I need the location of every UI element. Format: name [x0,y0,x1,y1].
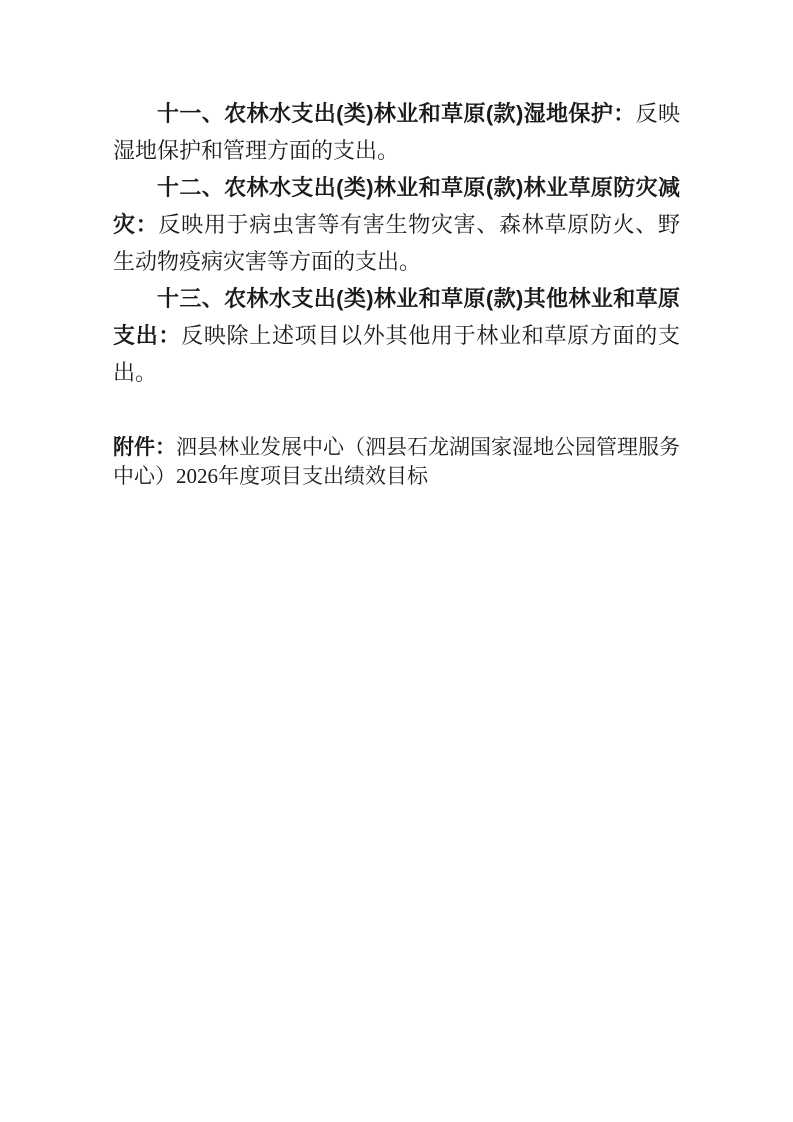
paragraph-item-12: 十二、农林水支出(类)林业和草原(款)林业草原防灾减灾：反映用于病虫害等有害生物… [113,169,680,280]
paragraph-11-bold-label: 十一、农林水支出(类)林业和草原(款)湿地保护： [157,101,636,126]
paragraph-13-body-text: 反映除上述项目以外其他用于林业和草原方面的支出。 [113,323,680,385]
paragraph-item-11: 十一、农林水支出(类)林业和草原(款)湿地保护：反映湿地保护和管理方面的支出。 [113,95,680,169]
paragraph-item-13: 十三、农林水支出(类)林业和草原(款)其他林业和草原支出：反映除上述项目以外其他… [113,280,680,391]
document-content: 十一、农林水支出(类)林业和草原(款)湿地保护：反映湿地保护和管理方面的支出。 … [113,95,680,491]
attachment-bold-label: 附件： [113,436,176,459]
attachment-text: 泗县林业发展中心（泗县石龙湖国家湿地公园管理服务中心）2026年度项目支出绩效目… [113,435,680,488]
attachment-line: 附件：泗县林业发展中心（泗县石龙湖国家湿地公园管理服务中心）2026年度项目支出… [113,433,680,491]
document-page: 十一、农林水支出(类)林业和草原(款)湿地保护：反映湿地保护和管理方面的支出。 … [0,0,793,1122]
paragraph-12-body-text: 反映用于病虫害等有害生物灾害、森林草原防火、野生动物疫病灾害等方面的支出。 [113,212,680,274]
